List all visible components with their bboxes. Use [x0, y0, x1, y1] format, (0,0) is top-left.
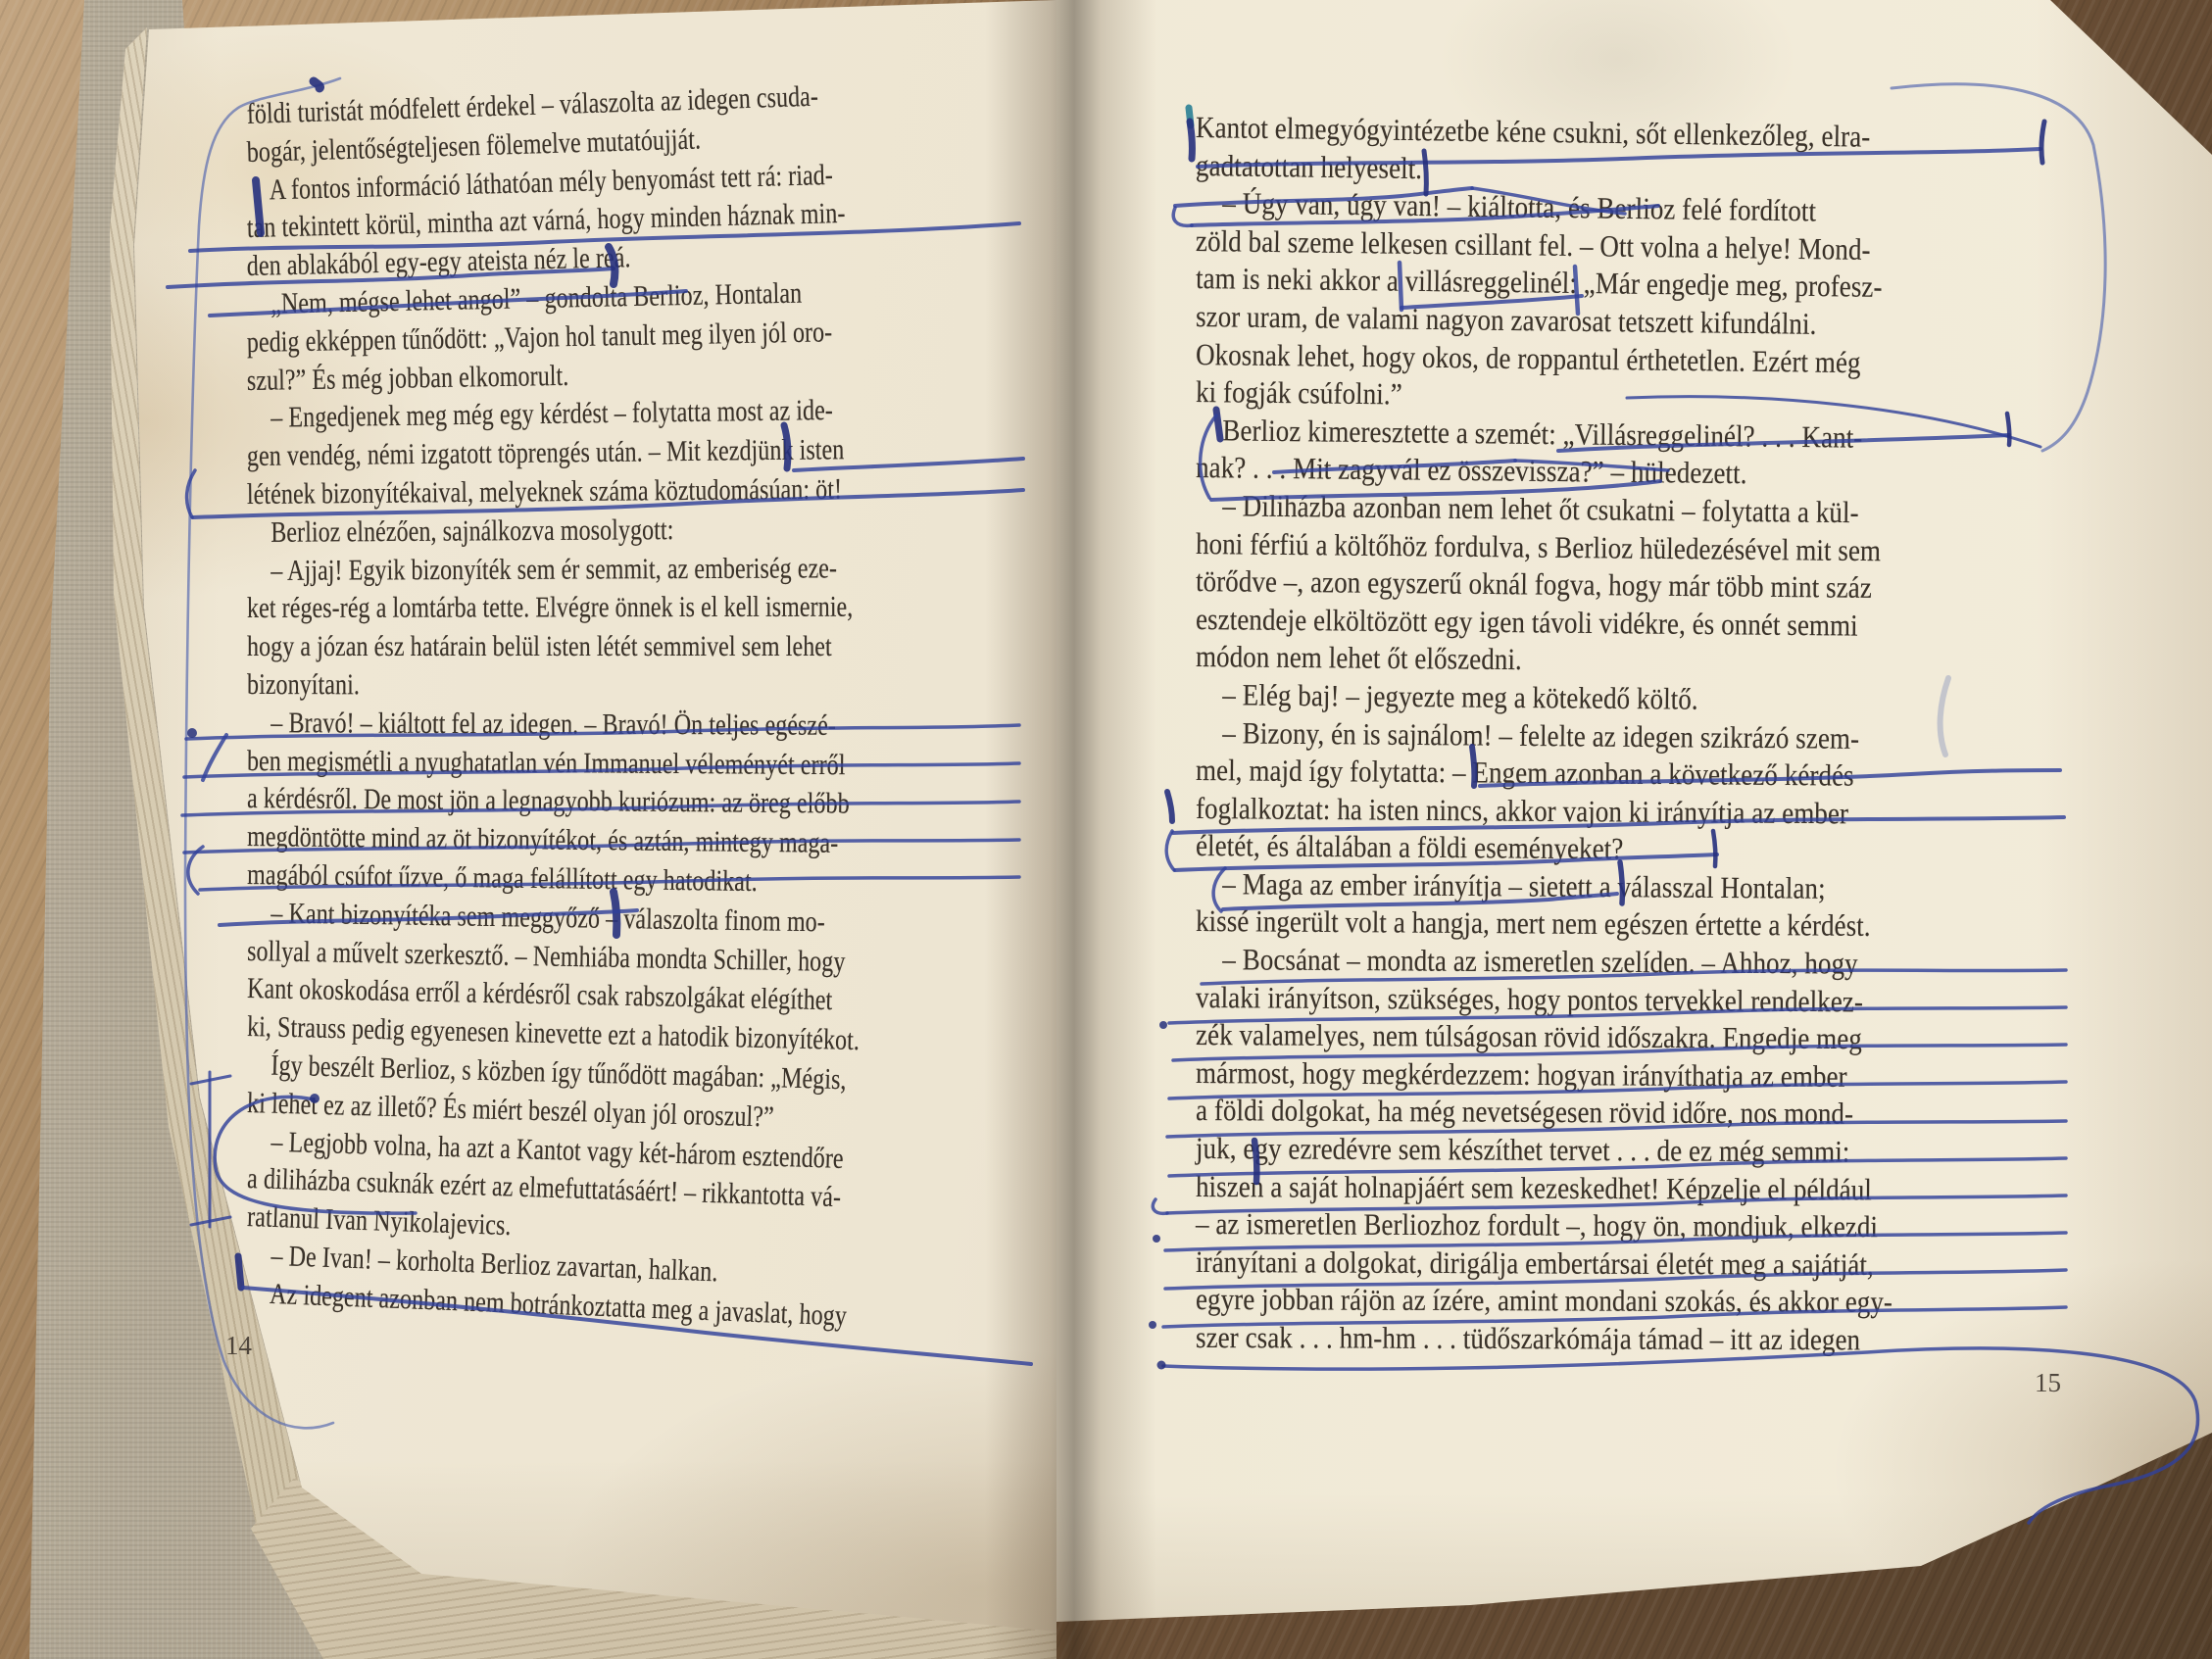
text-line: ben megismétli a nyughatatlan vén Immanu…: [247, 745, 898, 787]
text-line: mármost, hogy megkérdezzem: hogyan irány…: [1196, 1055, 1997, 1098]
text-line: zék valamelyes, nem túlságosan rövid idő…: [1196, 1017, 1997, 1060]
text-line: életét, és általában a földi eseményeket…: [1196, 828, 1997, 872]
text-line: – Maga az ember irányítja – sietett a vá…: [1196, 866, 1997, 910]
text-line: Berlioz elnézően, sajnálkozva mosolygott…: [247, 512, 898, 554]
page-number-left: 14: [225, 1331, 252, 1361]
text-line: ket réges-rég a lomtárba tette. Elvégre …: [247, 591, 898, 630]
text-line: – Bravó! – kiáltott fel az idegen. – Bra…: [247, 707, 898, 748]
text-line: – az ismeretlen Berliozhoz fordult –, ho…: [1196, 1206, 1997, 1247]
left-page-text: földi turistát módfelett érdekel – válas…: [247, 98, 1060, 1315]
text-line: juk, egy ezredévre sem készíthet tervet …: [1196, 1131, 1997, 1173]
text-line: bizonyítani.: [247, 668, 898, 708]
text-line: valaki irányítson, szükséges, hogy ponto…: [1196, 980, 1997, 1023]
right-page-text: Kantot elmegyógyintézetbe kéne csukni, s…: [1196, 110, 2117, 1358]
text-line: gen vendég, némi izgatott töprengés után…: [247, 433, 898, 478]
text-line: egyre jobban rájön az ízére, amint monda…: [1196, 1282, 1997, 1323]
text-line: hogy a józan ész határain belül isten lé…: [247, 630, 898, 668]
text-line: – Ajjaj! Egyik bizonyíték sem ér semmit,…: [247, 552, 898, 593]
text-line: létének bizonyítékaival, melyeknek száma…: [247, 472, 898, 516]
text-line: a földi dolgokat, ha még nevetségesen rö…: [1196, 1093, 1997, 1135]
text-line: szer csak . . . hm-hm . . . tüdőszarkómá…: [1196, 1320, 1997, 1360]
text-line: mel, majd így folytatta: – Engem azonban…: [1196, 753, 1997, 797]
text-line: – Bocsánat – mondta az ismeretlen szelíd…: [1196, 942, 1997, 985]
text-line: irányítani a dolgokat, dirigálja embertá…: [1196, 1244, 1997, 1286]
text-line: – Elég baj! – jegyezte meg a kötekedő kö…: [1196, 677, 1997, 722]
text-line: hiszen a saját holnapjáért sem kezeskedh…: [1196, 1169, 1997, 1211]
text-line: a kérdésről. De most jön a legnagyobb ku…: [247, 782, 898, 826]
text-line: kissé ingerült volt a hangja, mert nem e…: [1196, 903, 1997, 947]
page-number-right: 15: [2035, 1368, 2061, 1398]
